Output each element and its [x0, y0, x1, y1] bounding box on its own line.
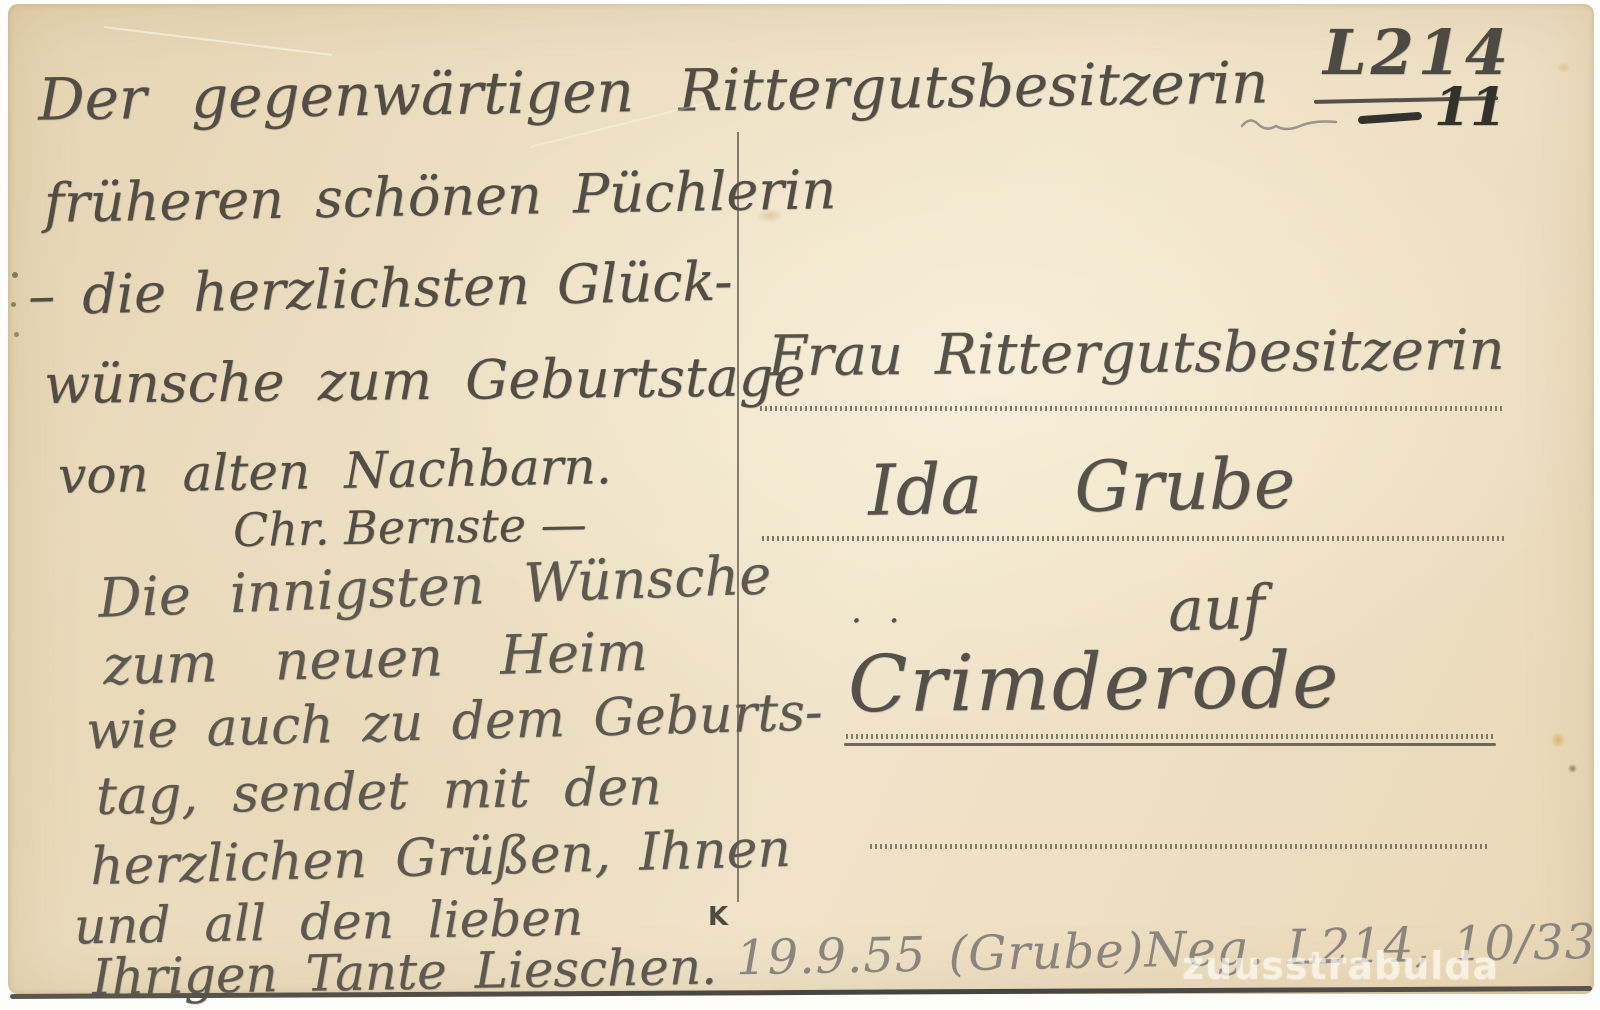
- message-line: von alten Nachbarn.: [58, 441, 612, 501]
- catalog-number: 11: [1434, 82, 1506, 134]
- message-line: Die innigsten Wünsche: [97, 548, 772, 625]
- address-dotted-line-2: [762, 536, 1506, 541]
- address-place: Crimderode: [848, 642, 1341, 724]
- message-signature: Chr. Bernste —: [233, 501, 587, 553]
- address-solid-line-3: [844, 743, 1496, 746]
- printed-center-divider: [737, 132, 739, 902]
- address-preposition: auf: [1167, 577, 1266, 640]
- message-line: wie auch zu dem Geburts-: [85, 686, 823, 757]
- paper-crease: [104, 26, 333, 56]
- stray-pen-dots: · ·: [851, 604, 907, 638]
- address-dotted-line-4: [870, 844, 1488, 849]
- paper-stain: [1556, 62, 1571, 73]
- address-recipient-name: Ida Grube: [867, 448, 1295, 525]
- postcard-paper: L214 11 Der gegenwärtigen Rittergutsbesi…: [8, 4, 1594, 994]
- message-line: wünsche zum Geburtstage: [44, 350, 806, 412]
- paper-stain: [1568, 764, 1577, 773]
- paper-speck: [14, 332, 19, 337]
- catalog-code: L214: [1323, 22, 1512, 84]
- catalog-dash: [1358, 112, 1422, 124]
- message-line: tag, sendet mit den: [96, 761, 662, 823]
- address-dotted-line-3: [846, 734, 1494, 739]
- message-line: herzlichen Grüßen, Ihnen: [89, 823, 791, 893]
- scan-watermark: zuusstrabulda: [1182, 944, 1499, 988]
- printer-mark: K: [708, 902, 728, 932]
- address-recipient-title: Frau Rittergutsbesitzerin: [768, 323, 1505, 385]
- paper-stain: [756, 208, 784, 223]
- message-line: Der gegenwärtigen Rittergutsbesitzerin: [38, 53, 1269, 128]
- message-line: früheren schönen Püchlerin: [44, 163, 837, 231]
- message-line: zum neuen Heim: [102, 625, 648, 693]
- paper-speck: [11, 302, 16, 307]
- paper-stain: [1550, 732, 1566, 748]
- message-line: – die herzlichsten Glück-: [28, 255, 733, 324]
- address-dotted-line-1: [760, 406, 1502, 411]
- postcard-scan: L214 11 Der gegenwärtigen Rittergutsbesi…: [0, 0, 1600, 1010]
- paper-speck: [12, 272, 18, 278]
